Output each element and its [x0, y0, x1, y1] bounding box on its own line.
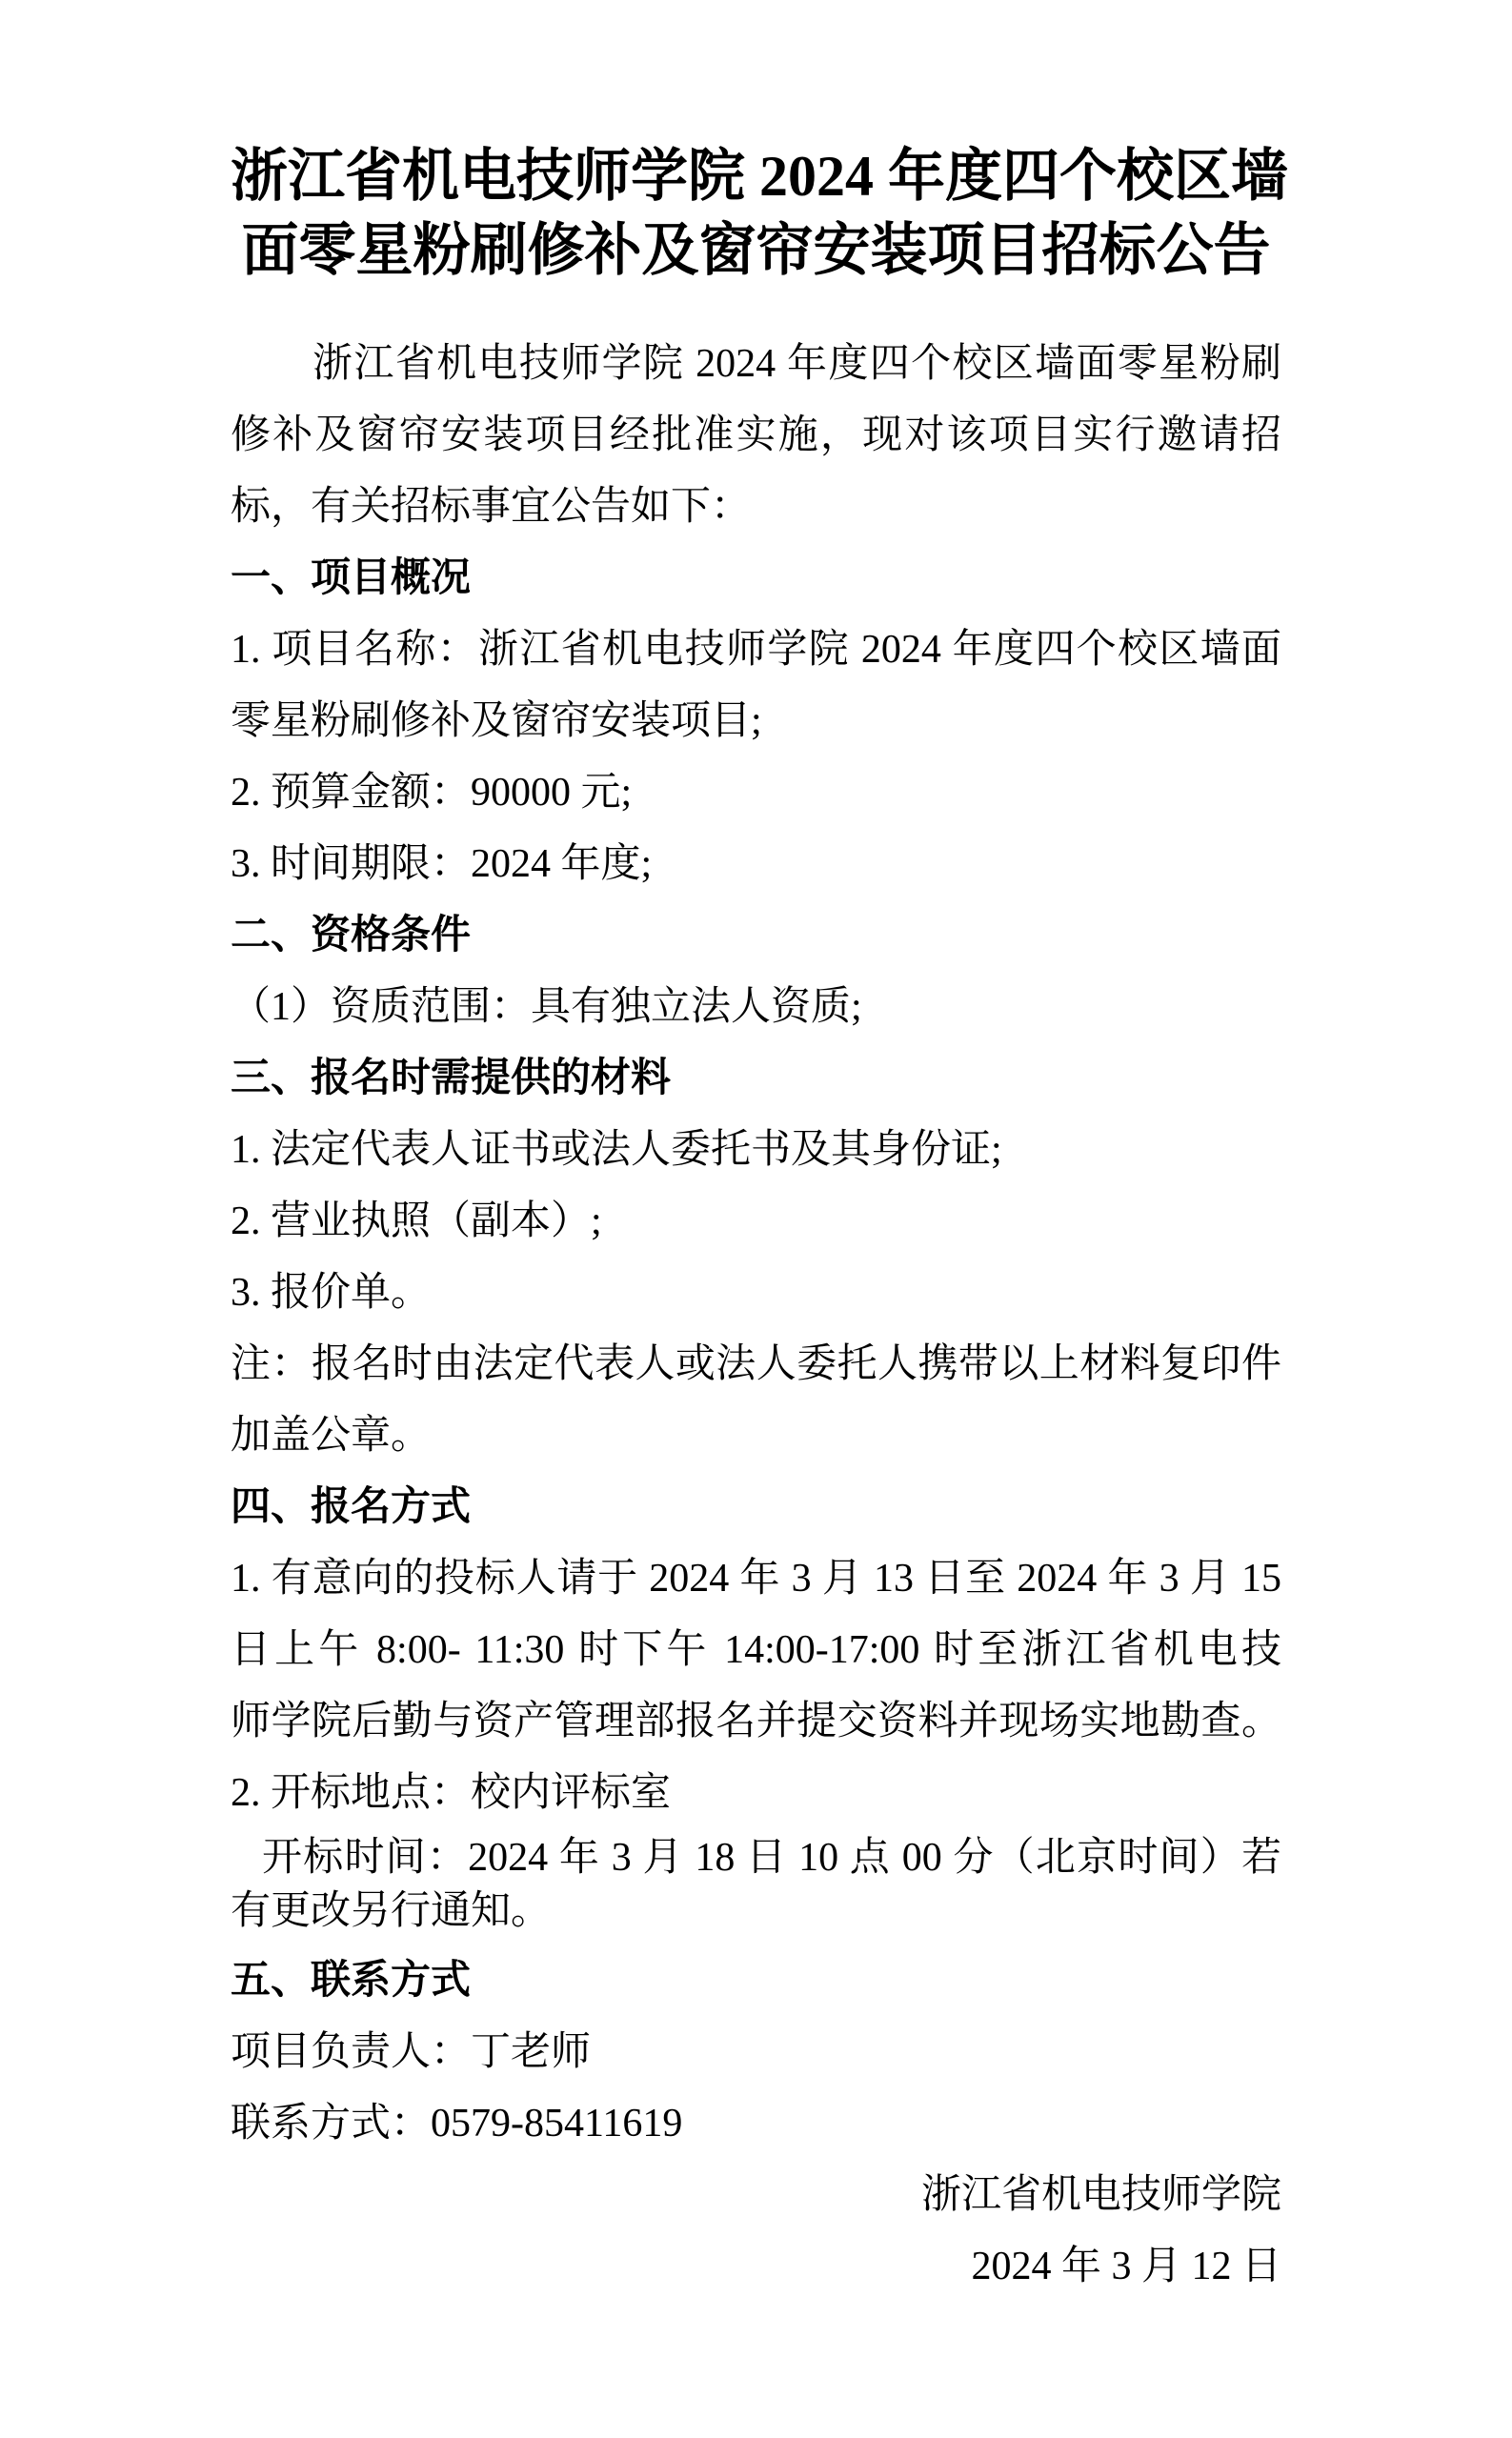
text-line: 日上午 8:00- 11:30 时下午 14:00-17:00 时至浙江省机电技: [231, 1615, 1281, 1686]
document-page: 浙江省机电技师学院 2024 年度四个校区墙面零星粉刷修补及窗帘安装项目招标公告…: [0, 0, 1512, 2438]
text-line: 五、联系方式: [231, 1945, 1281, 2017]
text-line: 1. 法定代表人证书或法人委托书及其身份证;: [231, 1115, 1281, 1186]
text-line: 2024 年 3 月 12 日: [231, 2231, 1281, 2303]
text-line: 3. 报价单。: [231, 1258, 1281, 1329]
text-line: 2. 预算金额：90000 元;: [231, 757, 1281, 829]
text-line: 师学院后勤与资产管理部报名并提交资料并现场实地勘查。: [231, 1686, 1281, 1758]
text-line: 修补及窗帘安装项目经批准实施，现对该项目实行邀请招: [231, 400, 1281, 472]
text-line: 2. 营业执照（副本）;: [231, 1186, 1281, 1258]
text-line: 有更改另行通知。: [231, 1886, 1281, 1936]
text-line: 三、报名时需提供的材料: [231, 1043, 1281, 1115]
text-line: 3. 时间期限：2024 年度;: [231, 829, 1281, 900]
text-line: 面零星粉刷修补及窗帘安装项目招标公告: [231, 213, 1281, 288]
text-line: 浙江省机电技师学院: [231, 2160, 1281, 2231]
text-line: 2. 开标地点：校内评标室: [231, 1758, 1281, 1829]
text-line: 二、资格条件: [231, 900, 1281, 972]
text-line: 浙江省机电技师学院 2024 年度四个校区墙: [231, 139, 1281, 213]
text-line: 标，有关招标事宜公告如下：: [231, 472, 1281, 543]
text-line: 四、报名方式: [231, 1472, 1281, 1543]
text-line: 注：报名时由法定代表人或法人委托人携带以上材料复印件: [231, 1329, 1281, 1400]
text-line: 1. 有意向的投标人请于 2024 年 3 月 13 日至 2024 年 3 月…: [231, 1543, 1281, 1615]
document-title: 浙江省机电技师学院 2024 年度四个校区墙面零星粉刷修补及窗帘安装项目招标公告: [231, 139, 1281, 288]
text-line: 一、项目概况: [231, 543, 1281, 615]
text-line: 1. 项目名称：浙江省机电技师学院 2024 年度四个校区墙面: [231, 615, 1281, 686]
document-body: 浙江省机电技师学院 2024 年度四个校区墙面零星粉刷修补及窗帘安装项目经批准实…: [231, 329, 1281, 2303]
text-line: 开标时间：2024 年 3 月 18 日 10 点 00 分（北京时间）若: [231, 1829, 1281, 1886]
text-line: 浙江省机电技师学院 2024 年度四个校区墙面零星粉刷: [231, 329, 1281, 400]
text-line: 项目负责人：丁老师: [231, 2017, 1281, 2088]
text-line: 零星粉刷修补及窗帘安装项目;: [231, 686, 1281, 757]
text-line: 加盖公章。: [231, 1400, 1281, 1472]
text-line: 联系方式：0579-85411619: [231, 2088, 1281, 2160]
text-line: （1）资质范围：具有独立法人资质;: [231, 972, 1281, 1043]
